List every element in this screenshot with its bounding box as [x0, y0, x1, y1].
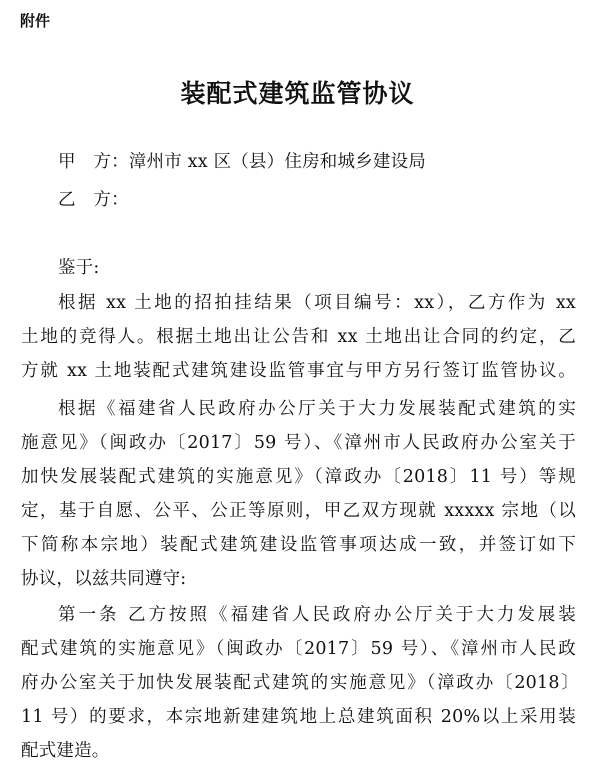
attachment-label: 附件 — [20, 10, 50, 31]
whereas-heading: 鉴于: — [58, 256, 100, 280]
article-1-line: 配式建造。 — [21, 739, 110, 763]
paragraph-2-line: 加快发展装配式建筑的实施意见》（漳政办〔2018〕11 号）等规 — [21, 465, 576, 489]
paragraph-1-line: 土地的竞得人。根据土地出让公告和 xx 土地出让合同的约定，乙 — [21, 325, 576, 349]
article-1-line: 11 号）的要求，本宗地新建建筑地上总建筑面积 20%以上采用装 — [21, 705, 576, 729]
party-a: 甲 方：漳州市 xx 区（县）住房和城乡建设局 — [58, 150, 426, 174]
document-title: 装配式建筑监管协议 — [0, 74, 595, 110]
paragraph-2-line: 定，基于自愿、公平、公正等原则，甲乙双方现就 xxxxx 宗地（以 — [21, 499, 576, 523]
paragraph-2-line: 协议，以兹共同遵守: — [21, 567, 186, 591]
article-1-line: 府办公室关于加快发展装配式建筑的实施意见》（漳政办〔2018〕 — [21, 671, 579, 695]
paragraph-1-line: 根据 xx 土地的招拍挂结果（项目编号：xx），乙方作为 xx — [58, 291, 576, 315]
paragraph-2-line: 下简称本宗地）装配式建筑建设监管事项达成一致，并签订如下 — [21, 533, 576, 557]
paragraph-2-line: 根据《福建省人民政府办公厅关于大力发展装配式建筑的实 — [58, 397, 576, 421]
paragraph-1-line: 方就 xx 土地装配式建筑建设监管事宜与甲方另行签订监管协议。 — [21, 359, 576, 383]
party-b: 乙 方： — [58, 188, 129, 212]
article-1-line: 配式建筑的实施意见》（闽政办〔2017〕59 号）、《漳州市人民政 — [21, 637, 576, 661]
article-1-line: 第一条 乙方按照《福建省人民政府办公厅关于大力发展装 — [58, 603, 576, 627]
document-page: 附件 装配式建筑监管协议 甲 方：漳州市 xx 区（县）住房和城乡建设局 乙 方… — [0, 0, 595, 784]
paragraph-2-line: 施意见》（闽政办〔2017〕59 号）、《漳州市人民政府办公室关于 — [21, 431, 576, 455]
